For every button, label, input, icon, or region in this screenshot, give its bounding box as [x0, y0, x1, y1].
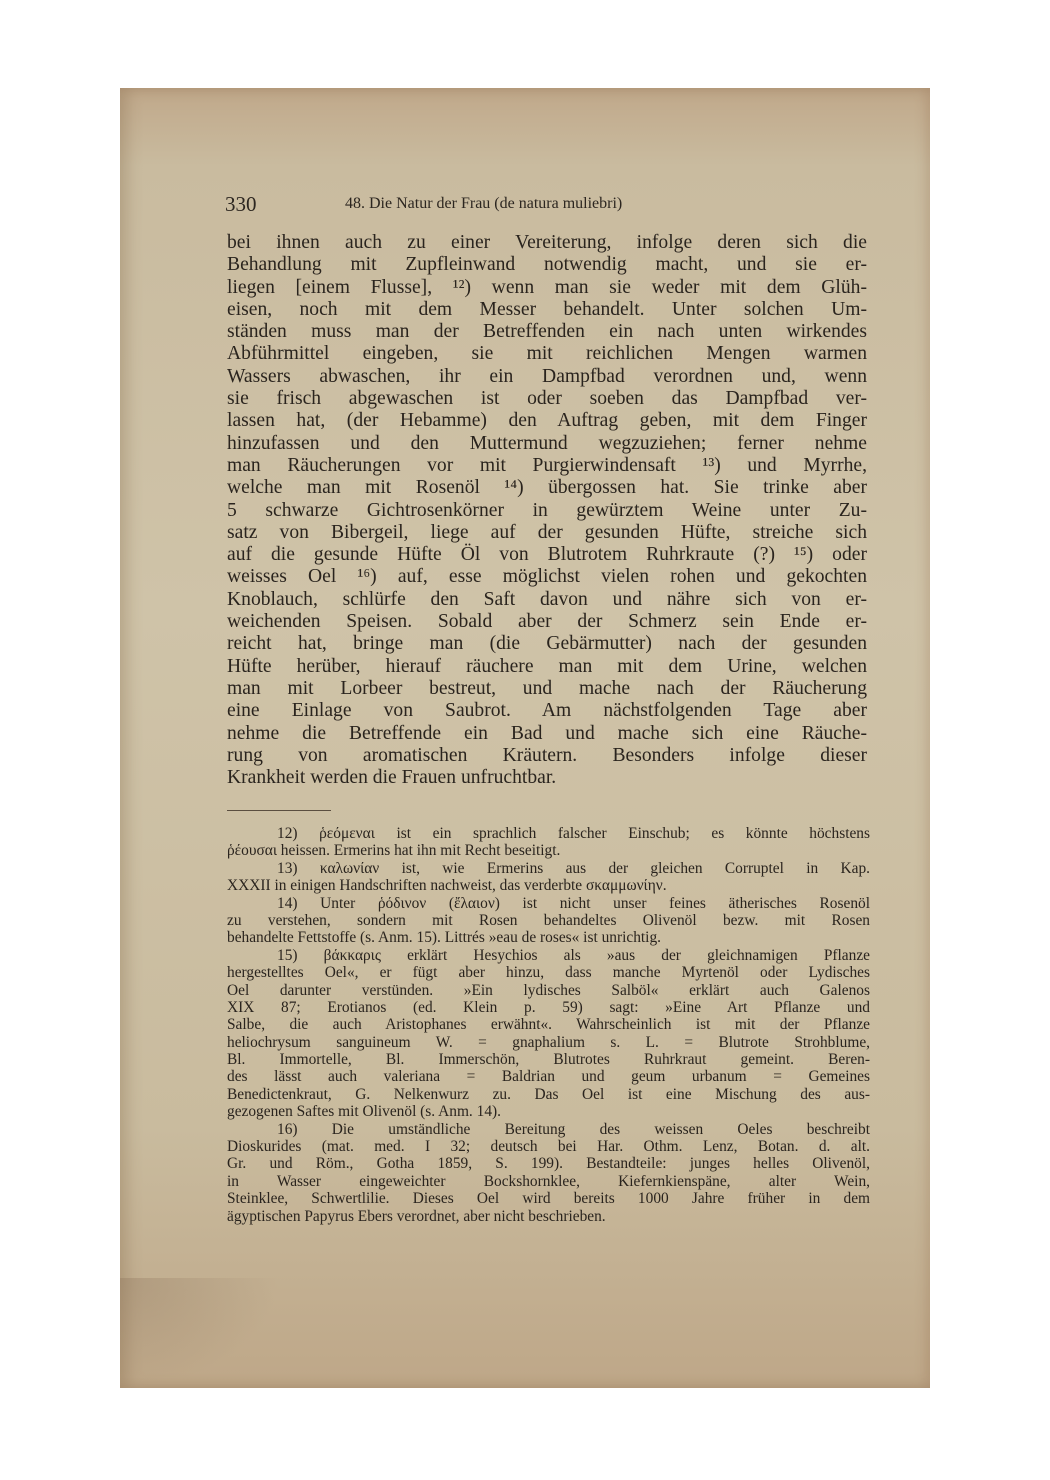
- running-head: 330 48. Die Natur der Frau (de natura mu…: [225, 192, 785, 220]
- footnote-line: 14) Unter ῥόδινον (ἔλαιον) ist nicht uns…: [227, 895, 870, 912]
- text-line: Krankheit werden die Frauen unfruchtbar.: [227, 767, 867, 789]
- footnote-line: behandelte Fettstoffe (s. Anm. 15). Litt…: [227, 929, 870, 946]
- footnote-separator: [227, 810, 331, 811]
- text-line: Abführmittel eingeben, sie mit reichlich…: [227, 343, 867, 365]
- text-line: Wassers abwaschen, ihr ein Dampfbad vero…: [227, 366, 867, 388]
- text-line: auf die gesunde Hüfte Öl von Blutrotem R…: [227, 544, 867, 566]
- footnote-line: Steinklee, Schwertlilie. Dieses Oel wird…: [227, 1190, 870, 1207]
- footnote-line: Bl. Immortelle, Bl. Immerschön, Blutrote…: [227, 1051, 870, 1068]
- text-line: rung von aromatischen Kräutern. Besonder…: [227, 745, 867, 767]
- main-text: bei ihnen auch zu einer Vereiterung, inf…: [227, 232, 867, 789]
- text-line: nehme die Betreffende ein Bad und mache …: [227, 723, 867, 745]
- text-line: satz von Bibergeil, liege auf der gesund…: [227, 522, 867, 544]
- footnotes: 12) ῥεόμεναι ist ein sprachlich falscher…: [227, 825, 870, 1225]
- footnote-line: 12) ῥεόμεναι ist ein sprachlich falscher…: [227, 825, 870, 842]
- footnote-line: 16) Die umständliche Bereitung des weiss…: [227, 1121, 870, 1138]
- footnote-line: 13) καλωνίαν ist, wie Ermerins aus der g…: [227, 860, 870, 877]
- text-line: hinzufassen und den Muttermund wegzuzieh…: [227, 433, 867, 455]
- text-line: weisses Oel ¹⁶) auf, esse möglichst viel…: [227, 566, 867, 588]
- footnote-line: zu verstehen, sondern mit Rosen behandel…: [227, 912, 870, 929]
- running-title: 48. Die Natur der Frau (de natura mulieb…: [345, 195, 622, 213]
- text-line: eisen, noch mit dem Messer behandelt. Un…: [227, 299, 867, 321]
- text-line: Knoblauch, schlürfe den Saft davon und n…: [227, 589, 867, 611]
- footnote-line: des lässt auch valeriana = Baldrian und …: [227, 1068, 870, 1085]
- footnote-line: Dioskurides (mat. med. I 32; deutsch bei…: [227, 1138, 870, 1155]
- text-line: lassen hat, (der Hebamme) den Auftrag ge…: [227, 410, 867, 432]
- footnote-line: XIX 87; Erotianos (ed. Klein p. 59) sagt…: [227, 999, 870, 1016]
- book-page: 330 48. Die Natur der Frau (de natura mu…: [120, 88, 930, 1388]
- text-line: 5 schwarze Gichtrosenkörner in gewürztem…: [227, 500, 867, 522]
- footnote-line: ῥέουσαι heissen. Ermerins hat ihn mit Re…: [227, 842, 870, 859]
- footnote-line: ägyptischen Papyrus Ebers verordnet, abe…: [227, 1208, 870, 1225]
- footnote-line: Gr. und Röm., Gotha 1859, S. 199). Besta…: [227, 1155, 870, 1172]
- text-line: reicht hat, bringe man (die Gebärmutter)…: [227, 633, 867, 655]
- text-line: Hüfte herüber, hierauf räuchere man mit …: [227, 656, 867, 678]
- text-line: liegen [einem Flusse], ¹²) wenn man sie …: [227, 277, 867, 299]
- footnote-line: in Wasser eingeweichter Bockshornklee, K…: [227, 1173, 870, 1190]
- footnote-line: 15) βάκκαρις erklärt Hesychios als »aus …: [227, 947, 870, 964]
- footnote-line: Oel darunter verstünden. »Ein lydisches …: [227, 982, 870, 999]
- page-number: 330: [225, 192, 257, 217]
- footnote-line: Salbe, die auch Aristophanes erwähnt«. W…: [227, 1016, 870, 1033]
- text-line: Behandlung mit Zupfleinwand notwendig ma…: [227, 254, 867, 276]
- text-line: man mit Lorbeer bestreut, und mache nach…: [227, 678, 867, 700]
- text-line: sie frisch abgewaschen ist oder soeben d…: [227, 388, 867, 410]
- footnote-line: gezogenen Saftes mit Olivenöl (s. Anm. 1…: [227, 1103, 870, 1120]
- text-line: ständen muss man der Betreffenden ein na…: [227, 321, 867, 343]
- text-line: bei ihnen auch zu einer Vereiterung, inf…: [227, 232, 867, 254]
- footnote-line: heliochrysum sanguineum W. = gnaphalium …: [227, 1034, 870, 1051]
- text-line: welche man mit Rosenöl ¹⁴) übergossen ha…: [227, 477, 867, 499]
- footnote-line: Benedictenkraut, G. Nelkenwurz zu. Das O…: [227, 1086, 870, 1103]
- footnote-line: XXXII in einigen Handschriften nachweist…: [227, 877, 870, 894]
- text-line: man Räucherungen vor mit Purgierwindensa…: [227, 455, 867, 477]
- text-line: eine Einlage von Saubrot. Am nächstfolge…: [227, 700, 867, 722]
- text-line: weichenden Speisen. Sobald aber der Schm…: [227, 611, 867, 633]
- footnote-line: hergestelltes Oel«, er fügt aber hinzu, …: [227, 964, 870, 981]
